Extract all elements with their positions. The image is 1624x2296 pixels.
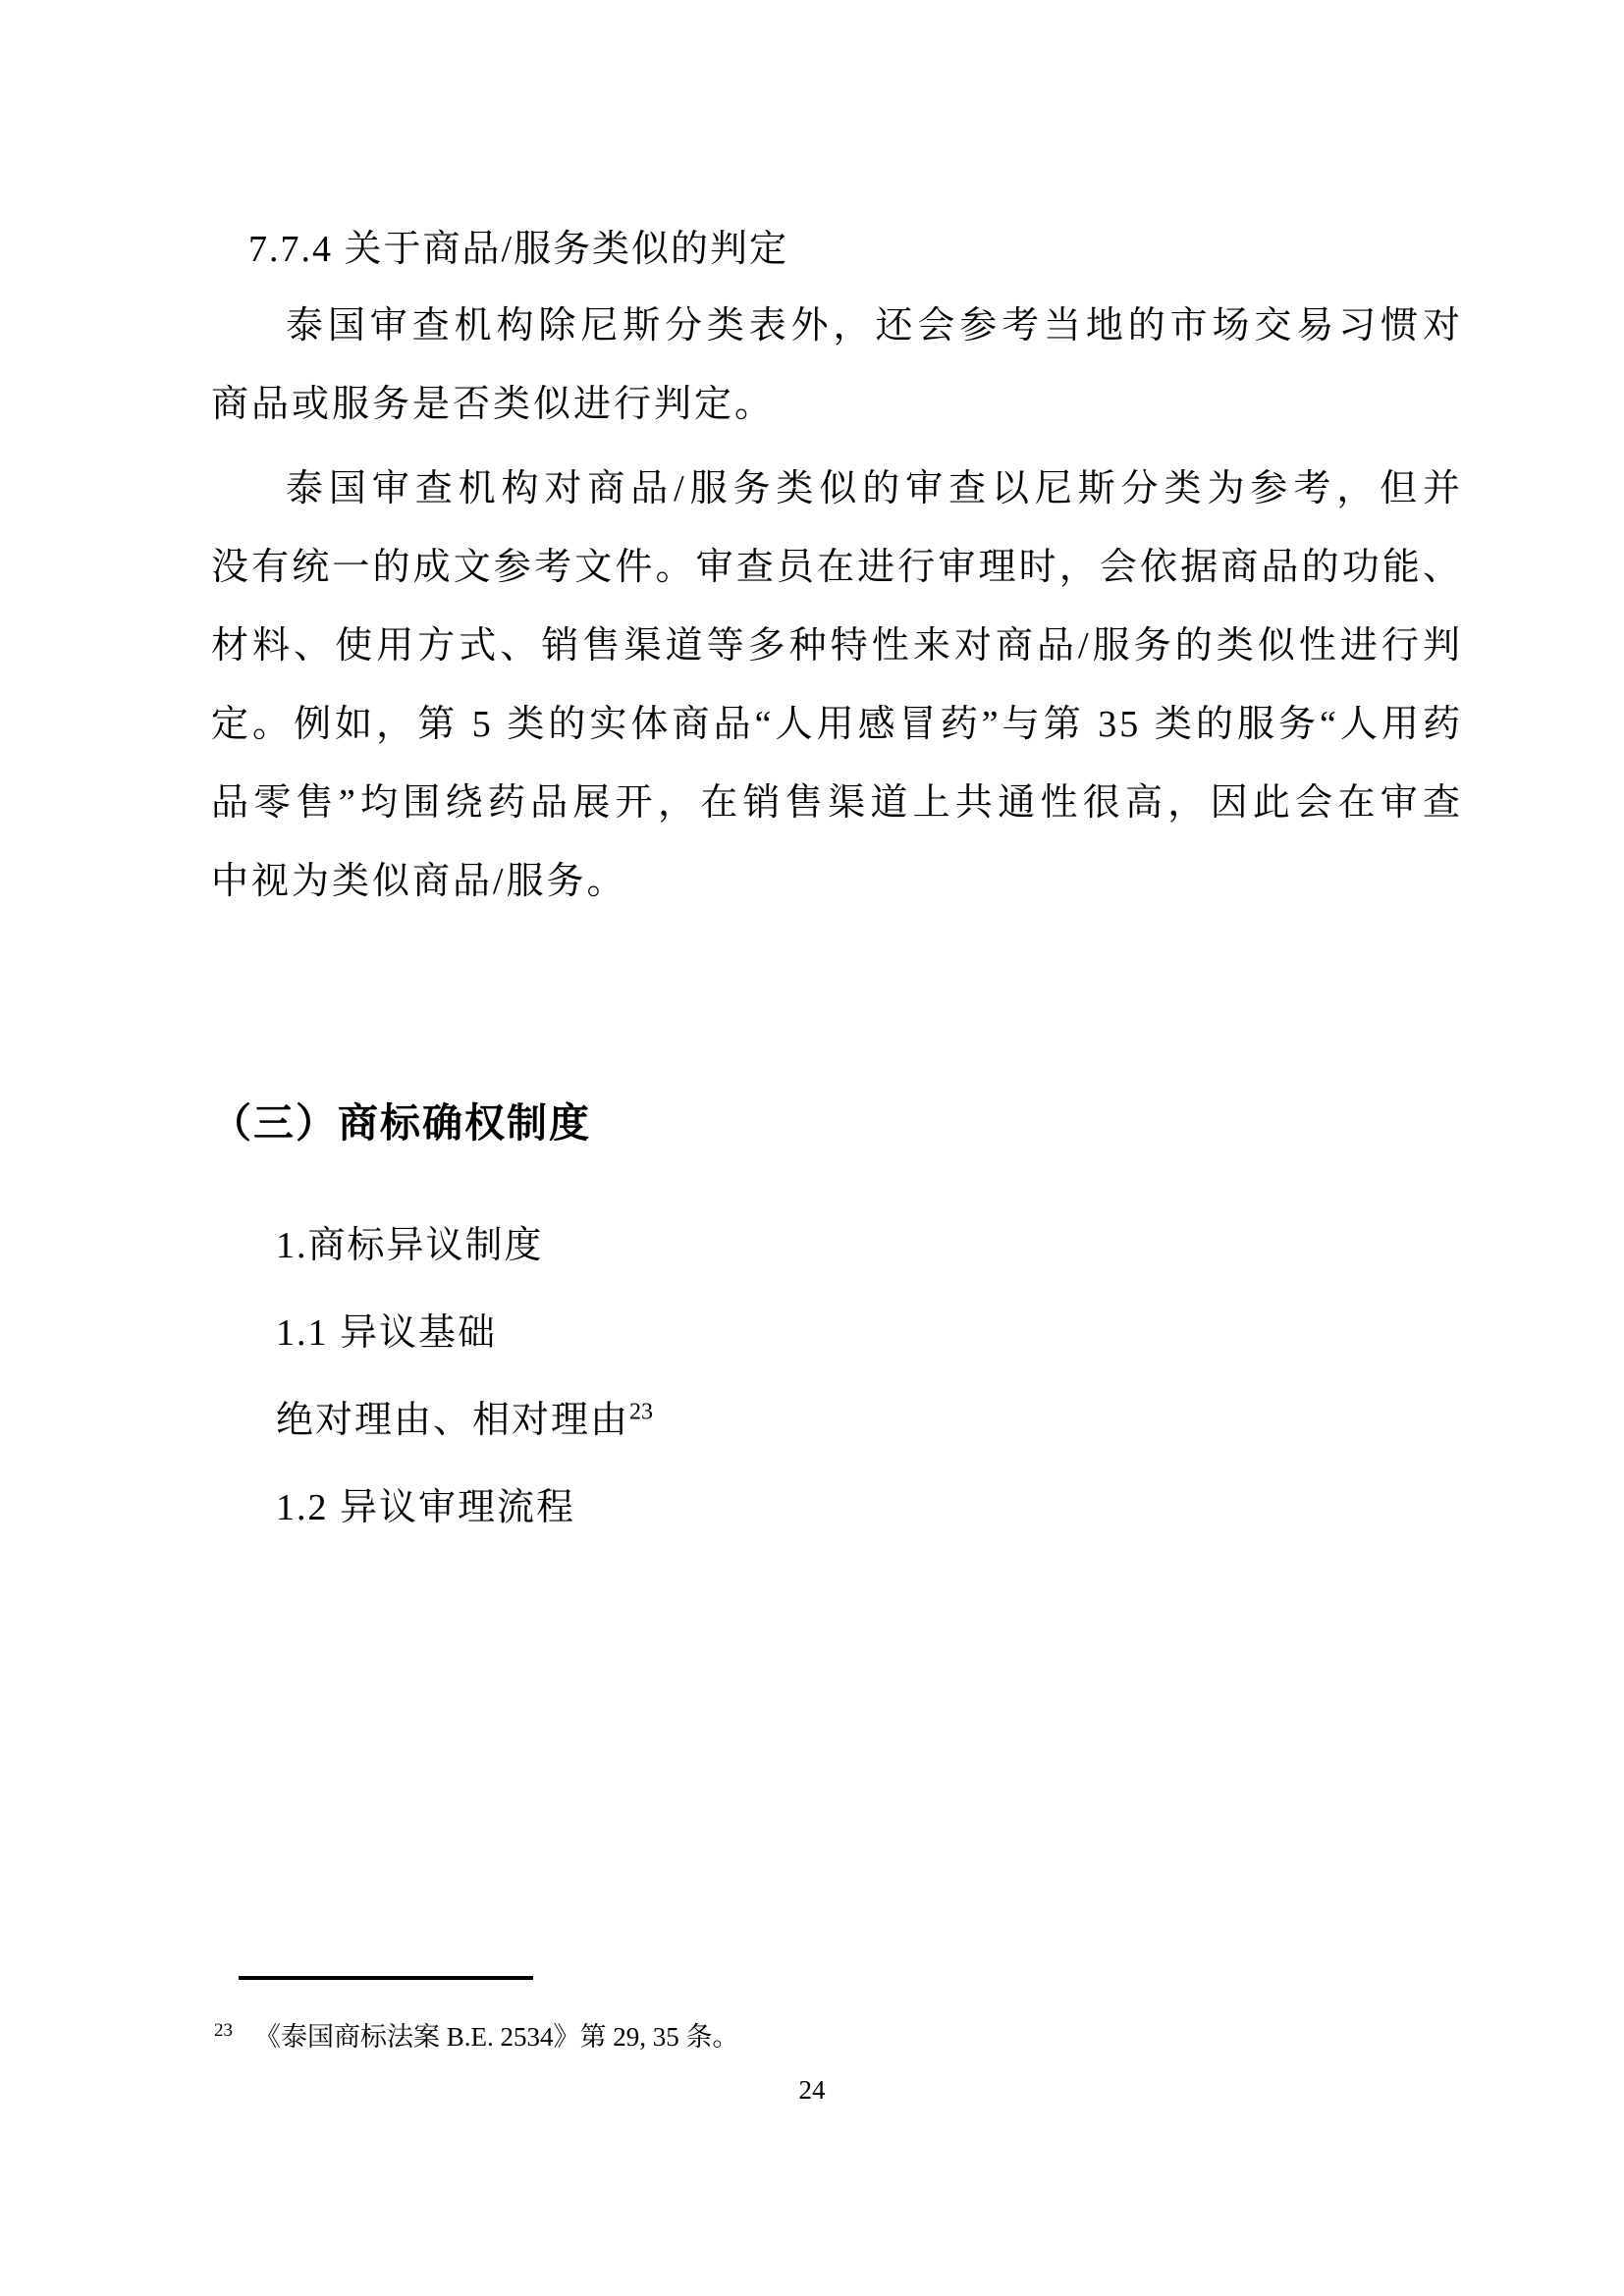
footnote-reference: 23 — [629, 1399, 653, 1424]
text-line: 中视为类似商品/服务。 — [211, 842, 1463, 921]
footnote-marker: 23 — [214, 2020, 233, 2041]
footnote: 23《泰国商标法案 B.E. 2534》第 29, 35 条。 — [214, 2017, 1466, 2056]
text-line: 商品或服务是否类似进行判定。 — [211, 365, 1463, 444]
subsection-item-grounds: 绝对理由、相对理由23 — [211, 1377, 1463, 1465]
paragraph-2: 泰国审查机构对商品/服务类似的审查以尼斯分类为参考，但并没有统一的成文参考文件。… — [211, 450, 1463, 921]
subsection-item-1-2: 1.2 异议审理流程 — [211, 1465, 1463, 1552]
footnote-separator-rule — [239, 1976, 533, 1980]
grounds-text: 绝对理由、相对理由 — [276, 1400, 629, 1441]
section-heading-774: 7.7.4 关于商品/服务类似的判定 — [211, 226, 1463, 273]
text-line: 材料、使用方式、销售渠道等多种特性来对商品/服务的类似性进行判 — [211, 607, 1463, 685]
subsection-list: 1.商标异议制度 1.1 异议基础 绝对理由、相对理由23 1.2 异议审理流程 — [211, 1202, 1463, 1552]
text-line: 泰国审查机构除尼斯分类表外，还会参考当地的市场交易习惯对 — [211, 287, 1463, 365]
text-line: 没有统一的成文参考文件。审查员在进行审理时，会依据商品的功能、 — [211, 528, 1463, 607]
text-line: 品零售”均围绕药品展开，在销售渠道上共通性很高，因此会在审查 — [211, 764, 1463, 842]
text-line: 泰国审查机构对商品/服务类似的审查以尼斯分类为参考，但并 — [211, 450, 1463, 528]
subsection-item-1: 1.商标异议制度 — [211, 1202, 1463, 1290]
subsection-item-1-1: 1.1 异议基础 — [211, 1290, 1463, 1377]
paragraph-1: 泰国审查机构除尼斯分类表外，还会参考当地的市场交易习惯对商品或服务是否类似进行判… — [211, 287, 1463, 444]
page-number: 24 — [0, 2075, 1624, 2106]
text-line: 定。例如，第 5 类的实体商品“人用感冒药”与第 35 类的服务“人用药 — [211, 685, 1463, 764]
document-page: 7.7.4 关于商品/服务类似的判定 泰国审查机构除尼斯分类表外，还会参考当地的… — [0, 0, 1624, 2296]
chapter-heading: （三）商标确权制度 — [211, 1097, 1463, 1148]
footnote-text: 《泰国商标法案 B.E. 2534》第 29, 35 条。 — [254, 2022, 739, 2052]
